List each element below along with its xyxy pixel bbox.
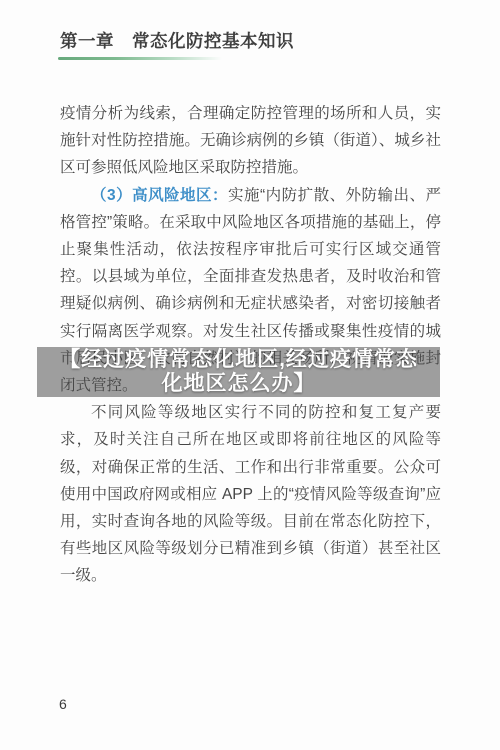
chapter-accent-rule [58,57,222,60]
watermark-text-line2: 化地区怎么办】 [162,372,316,396]
watermark-text-line1: 【经过疫情常态化地区,经过疫情常态 [59,348,418,372]
high-risk-area-label: （3）高风险地区： [91,187,228,204]
page-number: 6 [59,696,67,712]
body-text: 疫情分析为线索，合理确定防控管理的场所和人员，实施针对性防控措施。无确诊病例的乡… [60,100,441,590]
paragraph-continuation: 疫情分析为线索，合理确定防控管理的场所和人员，实施针对性防控措施。无确诊病例的乡… [60,100,441,182]
watermark-overlay-banner: 【经过疫情常态化地区,经过疫情常态 化地区怎么办】 [37,347,440,397]
document-page: 第一章 常态化防控基本知识 疫情分析为线索，合理确定防控管理的场所和人员，实施针… [0,0,500,750]
paragraph-risk-levels: 不同风险等级地区实行不同的防控和复工复产要求，及时关注自己所在地区或即将前往地区… [60,399,441,589]
chapter-header: 第一章 常态化防控基本知识 [60,28,440,53]
chapter-title: 第一章 常态化防控基本知识 [60,28,440,53]
